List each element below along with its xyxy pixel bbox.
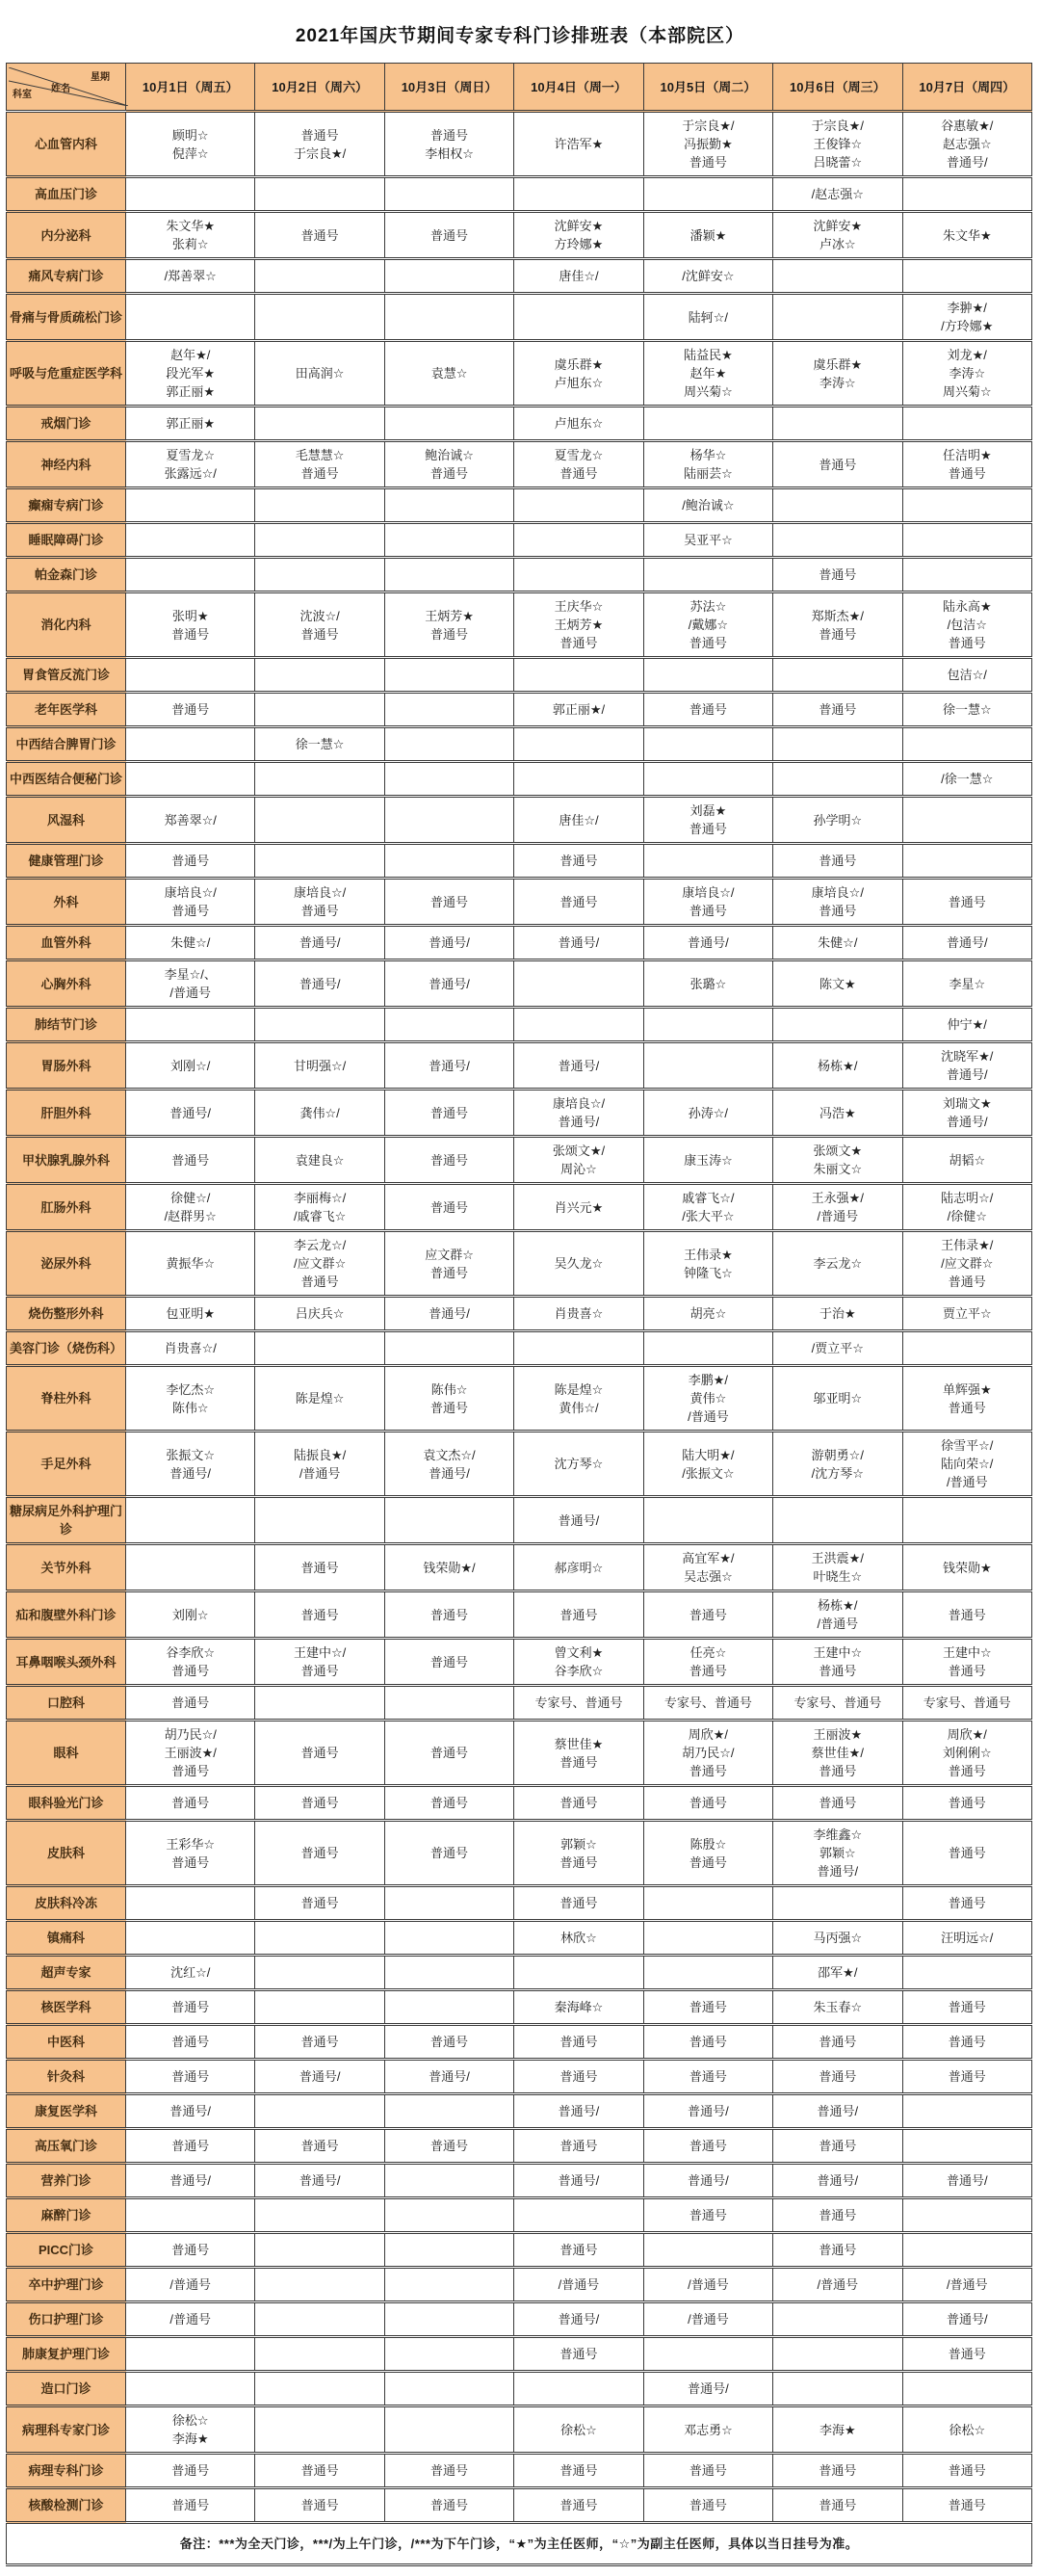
schedule-cell: 苏法☆/戴娜☆普通号 xyxy=(643,592,772,658)
dept-cell: 糖尿病足外科护理门诊 xyxy=(7,1497,126,1544)
schedule-cell: 普通号 xyxy=(384,1090,513,1137)
schedule-cell: 普通号 xyxy=(514,1886,643,1921)
schedule-entry: 张露远☆/ xyxy=(128,464,252,483)
schedule-cell xyxy=(514,1331,643,1366)
schedule-entry: 普通号 xyxy=(775,902,899,920)
schedule-entry: /贾立平☆ xyxy=(775,1339,899,1357)
schedule-entry: 普通号 xyxy=(387,2496,511,2514)
schedule-entry: 普通号 xyxy=(257,1273,381,1291)
schedule-entry: 普通号 xyxy=(646,820,770,838)
schedule-cell: 普通号 xyxy=(514,2488,643,2523)
schedule-cell xyxy=(255,407,384,441)
schedule-entry: 普通号 xyxy=(516,2067,640,2086)
schedule-entry: 郭颖☆ xyxy=(775,1844,899,1862)
schedule-cell xyxy=(126,2198,255,2233)
schedule-cell xyxy=(643,558,772,592)
schedule-cell: 徐一慧☆ xyxy=(902,693,1031,727)
schedule-cell xyxy=(643,1921,772,1956)
schedule-cell xyxy=(384,177,513,212)
dept-cell: 眼科验光门诊 xyxy=(7,1786,126,1821)
table-row: 神经内科夏雪龙☆张露远☆/毛慧慧☆普通号鲍治诚☆普通号夏雪龙☆普通号杨华☆陆丽芸… xyxy=(7,441,1032,488)
schedule-cell: 王伟录★//应文群☆普通号 xyxy=(902,1231,1031,1297)
schedule-entry: 普通号 xyxy=(905,1894,1029,1912)
dept-cell: 皮肤科冷冻 xyxy=(7,1886,126,1921)
dept-cell: 高血压门诊 xyxy=(7,177,126,212)
schedule-cell: 普通号/ xyxy=(643,2372,772,2406)
schedule-entry: 胡亮☆ xyxy=(646,1304,770,1323)
schedule-cell xyxy=(384,1886,513,1921)
schedule-entry: 普通号/ xyxy=(128,1104,252,1122)
schedule-cell xyxy=(902,844,1031,879)
schedule-cell: 龚伟☆/ xyxy=(255,1090,384,1137)
schedule-cell xyxy=(514,1008,643,1042)
schedule-cell: 仲宁★/ xyxy=(902,1008,1031,1042)
schedule-entry: 钟隆飞☆ xyxy=(646,1264,770,1282)
schedule-entry: 黄振华☆ xyxy=(128,1254,252,1273)
schedule-cell: 吴久龙☆ xyxy=(514,1231,643,1297)
table-row: 耳鼻咽喉头颈外科谷李欣☆普通号王建中☆/普通号普通号曾文利★谷李欣☆任亮☆普通号… xyxy=(7,1639,1032,1686)
schedule-entry: 普通号 xyxy=(905,1844,1029,1862)
schedule-cell: 普通号/ xyxy=(384,960,513,1008)
schedule-cell: /普通号 xyxy=(643,2268,772,2302)
schedule-entry: 夏雪龙☆ xyxy=(516,446,640,464)
table-row: 帕金森门诊普通号 xyxy=(7,558,1032,592)
schedule-cell: 普通号/ xyxy=(773,2094,902,2129)
schedule-cell: 李翀★//方玲娜★ xyxy=(902,294,1031,341)
schedule-cell: 周欣★/胡乃民☆/普通号 xyxy=(643,1721,772,1786)
schedule-cell: 普通号 xyxy=(643,2025,772,2060)
schedule-entry: 郑斯杰★/ xyxy=(775,607,899,625)
dept-cell: PICC门诊 xyxy=(7,2233,126,2268)
schedule-entry: 普通号 xyxy=(387,1606,511,1624)
schedule-cell: 陈殷☆普通号 xyxy=(643,1821,772,1886)
schedule-cell: 郑斯杰★/普通号 xyxy=(773,592,902,658)
table-row: 健康管理门诊普通号普通号普通号 xyxy=(7,844,1032,879)
schedule-cell: 普通号 xyxy=(255,2454,384,2488)
schedule-cell: 普通号/ xyxy=(126,1090,255,1137)
schedule-entry: 谷李欣☆ xyxy=(516,1662,640,1680)
schedule-cell xyxy=(255,1990,384,2025)
schedule-cell xyxy=(514,762,643,797)
schedule-cell xyxy=(773,1497,902,1544)
schedule-entry: 赵志强☆ xyxy=(905,135,1029,153)
schedule-cell xyxy=(126,762,255,797)
schedule-cell xyxy=(643,2233,772,2268)
schedule-cell: 普通号 xyxy=(643,2488,772,2523)
schedule-cell xyxy=(773,762,902,797)
schedule-entry: 普通号 xyxy=(257,1662,381,1680)
schedule-cell: 陆益民★赵年★周兴菊☆ xyxy=(643,341,772,407)
schedule-cell: 普通号 xyxy=(902,1821,1031,1886)
schedule-entry: 普通号/ xyxy=(257,2171,381,2190)
dept-cell: 造口门诊 xyxy=(7,2372,126,2406)
schedule-entry: 唐佳☆/ xyxy=(516,267,640,285)
schedule-entry: 普通号 xyxy=(905,464,1029,483)
schedule-cell: 普通号 xyxy=(255,1786,384,1821)
schedule-cell: 徐雪平☆/陆向荣☆//普通号 xyxy=(902,1432,1031,1497)
schedule-cell: /普通号 xyxy=(126,2268,255,2302)
schedule-entry: 徐雪平☆/ xyxy=(905,1436,1029,1455)
schedule-cell xyxy=(384,2302,513,2337)
dept-cell: 眼科 xyxy=(7,1721,126,1786)
schedule-cell xyxy=(773,658,902,693)
schedule-entry: 陆向荣☆/ xyxy=(905,1455,1029,1473)
schedule-entry: 李云龙☆/ xyxy=(257,1236,381,1254)
schedule-cell xyxy=(255,1956,384,1990)
table-row: PICC门诊普通号普通号普通号 xyxy=(7,2233,1032,2268)
dept-cell: 戒烟门诊 xyxy=(7,407,126,441)
schedule-cell: 肖贵喜☆ xyxy=(514,1297,643,1331)
schedule-cell: 普通号 xyxy=(773,441,902,488)
dept-cell: 癫痫专病门诊 xyxy=(7,488,126,523)
schedule-cell: 王伟录★钟隆飞☆ xyxy=(643,1231,772,1297)
table-row: 戒烟门诊郭正丽★卢旭东☆ xyxy=(7,407,1032,441)
schedule-cell: /普通号 xyxy=(126,2302,255,2337)
dept-cell: 外科 xyxy=(7,879,126,926)
schedule-entry: 普通号 xyxy=(128,2067,252,2086)
schedule-entry: 普通号 xyxy=(646,1662,770,1680)
schedule-cell xyxy=(384,488,513,523)
dept-cell: 耳鼻咽喉头颈外科 xyxy=(7,1639,126,1686)
schedule-entry: 陆永高★ xyxy=(905,597,1029,616)
schedule-cell: 普通号 xyxy=(773,693,902,727)
schedule-entry: /普通号 xyxy=(128,984,252,1002)
schedule-entry: 杨栋★/ xyxy=(775,1596,899,1615)
schedule-entry: 张颂文★ xyxy=(775,1142,899,1160)
schedule-entry: 普通号 xyxy=(516,464,640,483)
schedule-cell xyxy=(643,1042,772,1090)
schedule-cell xyxy=(384,2094,513,2129)
schedule-cell: 王建中☆普通号 xyxy=(773,1639,902,1686)
schedule-cell xyxy=(902,407,1031,441)
schedule-cell: /普通号 xyxy=(773,2268,902,2302)
schedule-entry: 普通号 xyxy=(646,1794,770,1812)
schedule-entry: 专家号、普通号 xyxy=(646,1694,770,1712)
schedule-entry: 普通号 xyxy=(775,2461,899,2480)
schedule-entry: 普通号 xyxy=(646,2206,770,2224)
schedule-cell: 普通号 xyxy=(514,1786,643,1821)
schedule-entry: 普通号 xyxy=(257,2461,381,2480)
table-row: 中医科普通号普通号普通号普通号普通号普通号普通号 xyxy=(7,2025,1032,2060)
schedule-cell: 张明★普通号 xyxy=(126,592,255,658)
schedule-entry: 普通号/ xyxy=(387,933,511,952)
schedule-entry: 李忆杰☆ xyxy=(128,1380,252,1399)
schedule-entry: 虞乐群★ xyxy=(516,355,640,374)
schedule-entry: 邓志勇☆ xyxy=(646,2421,770,2439)
schedule-entry: 普通号 xyxy=(257,2033,381,2051)
schedule-entry: 沈红☆/ xyxy=(128,1963,252,1982)
page-title: 2021年国庆节期间专家专科门诊排班表（本部院区） xyxy=(6,8,1034,63)
schedule-entry: 陈伟☆ xyxy=(387,1380,511,1399)
schedule-cell: 普通号 xyxy=(902,1990,1031,2025)
schedule-cell: 普通号 xyxy=(514,2129,643,2164)
schedule-cell: 普通号/ xyxy=(902,2164,1031,2198)
schedule-entry: 方玲娜★ xyxy=(516,235,640,253)
schedule-entry: 甘明强☆/ xyxy=(257,1057,381,1075)
schedule-cell: 普通号 xyxy=(902,2454,1031,2488)
schedule-entry: 张莉☆ xyxy=(128,235,252,253)
schedule-entry: 杨华☆ xyxy=(646,446,770,464)
schedule-entry: 肖贵喜☆ xyxy=(516,1304,640,1323)
schedule-cell: 普通号 xyxy=(126,2488,255,2523)
schedule-cell: 康培良☆/普通号/ xyxy=(514,1090,643,1137)
schedule-entry: 普通号 xyxy=(775,565,899,584)
table-row: 皮肤科冷冻普通号普通号普通号 xyxy=(7,1886,1032,1921)
schedule-entry: 陈伟☆ xyxy=(128,1399,252,1417)
schedule-cell xyxy=(384,1497,513,1544)
schedule-entry: 普通号 xyxy=(387,226,511,245)
schedule-cell: 普通号 xyxy=(255,212,384,259)
schedule-cell: 普通号 xyxy=(514,2233,643,2268)
schedule-cell: 李忆杰☆陈伟☆ xyxy=(126,1366,255,1432)
schedule-cell xyxy=(514,488,643,523)
schedule-entry: 吴志强☆ xyxy=(646,1567,770,1586)
dept-cell: 皮肤科 xyxy=(7,1821,126,1886)
footer-row: 备注：***为全天门诊，***/为上午门诊，/***为下午门诊，“★”为主任医师… xyxy=(7,2523,1032,2565)
schedule-entry: 苏法☆ xyxy=(646,597,770,616)
table-row: 病理科专家门诊徐松☆李海★徐松☆邓志勇☆李海★徐松☆ xyxy=(7,2406,1032,2454)
schedule-cell: 郑善翠☆/ xyxy=(126,797,255,844)
schedule-entry: 邵军★/ xyxy=(775,1963,899,1982)
table-row: 核医学科普通号秦海峰☆普通号朱玉春☆普通号 xyxy=(7,1990,1032,2025)
schedule-entry: 普通号/ xyxy=(905,153,1029,171)
schedule-cell xyxy=(902,523,1031,558)
schedule-cell xyxy=(255,693,384,727)
schedule-cell xyxy=(643,1008,772,1042)
schedule-entry: 胡乃民☆/ xyxy=(646,1744,770,1762)
schedule-cell xyxy=(902,2094,1031,2129)
schedule-entry: 普通号 xyxy=(387,1264,511,1282)
schedule-table: 星期 姓名 科室 10月1日（周五）10月2日（周六）10月3日（周日）10月4… xyxy=(6,63,1032,2566)
schedule-cell: 普通号 xyxy=(643,2060,772,2094)
schedule-cell: 普通号 xyxy=(902,2337,1031,2372)
schedule-cell: 刘磊★普通号 xyxy=(643,797,772,844)
schedule-cell xyxy=(126,1008,255,1042)
schedule-entry: /普通号 xyxy=(646,1407,770,1426)
date-header-1: 10月1日（周五） xyxy=(126,64,255,112)
schedule-entry: 普通号/ xyxy=(516,1511,640,1530)
schedule-cell: 陆志明☆//徐健☆ xyxy=(902,1184,1031,1231)
schedule-entry: 于宗良★/ xyxy=(646,117,770,135)
dept-cell: 脊柱外科 xyxy=(7,1366,126,1432)
schedule-entry: 普通号/ xyxy=(516,933,640,952)
schedule-cell: 陆大明★//张振文☆ xyxy=(643,1432,772,1497)
schedule-entry: 普通号 xyxy=(128,1662,252,1680)
schedule-entry: 普通号 xyxy=(646,1606,770,1624)
schedule-entry: 普通号 xyxy=(257,2137,381,2155)
schedule-cell xyxy=(384,2164,513,2198)
table-row: 血管外科朱健☆/普通号/普通号/普通号/普通号/朱健☆/普通号/ xyxy=(7,926,1032,960)
schedule-cell xyxy=(255,2233,384,2268)
schedule-entry: 戚睿飞☆/ xyxy=(646,1189,770,1207)
table-row: 心胸外科李星☆/、/普通号普通号/普通号/张璐☆陈文★李星☆ xyxy=(7,960,1032,1008)
schedule-cell: 普通号 xyxy=(773,2025,902,2060)
schedule-cell xyxy=(643,727,772,762)
schedule-entry: 普通号 xyxy=(387,2033,511,2051)
schedule-entry: 普通号 xyxy=(905,2461,1029,2480)
schedule-entry: 王伟录★/ xyxy=(905,1236,1029,1254)
dept-cell: 针灸科 xyxy=(7,2060,126,2094)
schedule-entry: 毛慧慧☆ xyxy=(257,446,381,464)
schedule-cell: /沈鲜安☆ xyxy=(643,259,772,294)
schedule-entry: 普通号 xyxy=(257,226,381,245)
schedule-cell: 虞乐群★卢旭东☆ xyxy=(514,341,643,407)
schedule-entry: 普通号 xyxy=(516,2033,640,2051)
schedule-entry: 赵年★/ xyxy=(128,346,252,364)
schedule-entry: 普通号 xyxy=(646,2496,770,2514)
corner-dept-label: 科室 xyxy=(13,86,32,104)
schedule-entry: 陆益民★ xyxy=(646,346,770,364)
schedule-entry: 普通号 xyxy=(646,2033,770,2051)
schedule-cell: 普通号 xyxy=(773,1786,902,1821)
schedule-cell: 普通号/ xyxy=(255,2164,384,2198)
schedule-entry: 普通号 xyxy=(257,1794,381,1812)
schedule-entry: 郑善翠☆/ xyxy=(128,811,252,829)
schedule-cell: 普通号 xyxy=(514,1591,643,1639)
schedule-entry: 普通号/ xyxy=(905,2171,1029,2190)
schedule-entry: 徐松☆ xyxy=(905,2421,1029,2439)
schedule-cell: 唐佳☆/ xyxy=(514,259,643,294)
schedule-entry: 普通号 xyxy=(128,625,252,644)
schedule-cell xyxy=(514,1956,643,1990)
schedule-cell: 普通号 xyxy=(514,844,643,879)
schedule-entry: 普通号 xyxy=(905,1762,1029,1780)
schedule-cell: 陈伟☆普通号 xyxy=(384,1366,513,1432)
schedule-entry: 普通号/ xyxy=(775,1862,899,1880)
schedule-entry: 包亚明★ xyxy=(128,1304,252,1323)
schedule-entry: 卢旭东☆ xyxy=(516,374,640,392)
schedule-entry: 普通号 xyxy=(128,2461,252,2480)
schedule-cell: 邵军★/ xyxy=(773,1956,902,1990)
schedule-cell xyxy=(255,844,384,879)
table-row: 疝和腹壁外科门诊刘刚☆普通号普通号普通号普通号杨栋★//普通号普通号 xyxy=(7,1591,1032,1639)
schedule-cell: 肖贵喜☆/ xyxy=(126,1331,255,1366)
schedule-entry: 普通号 xyxy=(387,1744,511,1762)
schedule-cell: 普通号 xyxy=(255,1886,384,1921)
schedule-cell: 包亚明★ xyxy=(126,1297,255,1331)
schedule-entry: 陆丽芸☆ xyxy=(646,464,770,483)
schedule-cell: 普通号 xyxy=(255,2025,384,2060)
schedule-cell: 普通号 xyxy=(643,2129,772,2164)
schedule-entry: /赵群男☆ xyxy=(128,1207,252,1225)
schedule-cell: 普通号 xyxy=(126,2060,255,2094)
schedule-entry: 周兴菊☆ xyxy=(905,382,1029,401)
schedule-cell xyxy=(384,2198,513,2233)
schedule-cell: 马丙强☆ xyxy=(773,1921,902,1956)
schedule-cell: 普通号 xyxy=(514,2337,643,2372)
schedule-cell xyxy=(384,727,513,762)
schedule-cell: 普通号 xyxy=(384,879,513,926)
schedule-entry: 普通号 xyxy=(128,1694,252,1712)
schedule-cell: 郭正丽★ xyxy=(126,407,255,441)
schedule-cell: 普通号/ xyxy=(902,2302,1031,2337)
schedule-cell: 普通号 xyxy=(384,1184,513,1231)
schedule-cell xyxy=(773,1886,902,1921)
schedule-entry: 王俊锋☆ xyxy=(775,135,899,153)
schedule-cell: 胡乃民☆/王丽波★/普通号 xyxy=(126,1721,255,1786)
schedule-entry: 胡韬☆ xyxy=(905,1151,1029,1170)
schedule-entry: 普通号 xyxy=(387,464,511,483)
schedule-cell: 李星☆/、/普通号 xyxy=(126,960,255,1008)
schedule-entry: /普通号 xyxy=(128,2275,252,2294)
schedule-cell xyxy=(384,1990,513,2025)
header-row: 星期 姓名 科室 10月1日（周五）10月2日（周六）10月3日（周日）10月4… xyxy=(7,64,1032,112)
schedule-cell: 袁慧☆ xyxy=(384,341,513,407)
schedule-entry: 卢冰☆ xyxy=(775,235,899,253)
schedule-entry: /应文群☆ xyxy=(905,1254,1029,1273)
schedule-cell xyxy=(643,658,772,693)
dept-cell: 痛风专病门诊 xyxy=(7,259,126,294)
schedule-entry: 普通号/ xyxy=(775,2171,899,2190)
schedule-entry: 普通号 xyxy=(775,700,899,719)
schedule-entry: 唐佳☆/ xyxy=(516,811,640,829)
schedule-cell: 沈方琴☆ xyxy=(514,1432,643,1497)
schedule-cell: 沈波☆/普通号 xyxy=(255,592,384,658)
schedule-cell: 戚睿飞☆//张大平☆ xyxy=(643,1184,772,1231)
schedule-cell xyxy=(255,259,384,294)
table-row: 卒中护理门诊/普通号/普通号/普通号/普通号/普通号 xyxy=(7,2268,1032,2302)
schedule-cell xyxy=(255,2268,384,2302)
schedule-cell: 沈晓军★/普通号/ xyxy=(902,1042,1031,1090)
schedule-cell: 刘瑞文★普通号/ xyxy=(902,1090,1031,1137)
schedule-entry: 普通号 xyxy=(128,1151,252,1170)
schedule-entry: 徐一慧☆ xyxy=(257,735,381,753)
schedule-cell xyxy=(255,1921,384,1956)
schedule-cell: 王洪震★/叶晓生☆ xyxy=(773,1544,902,1591)
schedule-entry: 陈殷☆ xyxy=(646,1835,770,1853)
schedule-cell: 杨栋★//普通号 xyxy=(773,1591,902,1639)
schedule-entry: 许浩军★ xyxy=(516,135,640,153)
schedule-cell: 普通号 xyxy=(126,1990,255,2025)
schedule-entry: 普通号 xyxy=(257,126,381,145)
schedule-entry: 王炳芳★ xyxy=(516,616,640,634)
schedule-cell: 康培良☆/普通号 xyxy=(255,879,384,926)
schedule-entry: 普通号 xyxy=(257,1606,381,1624)
schedule-entry: 周沁☆ xyxy=(516,1160,640,1178)
schedule-cell: 陈文★ xyxy=(773,960,902,1008)
schedule-cell xyxy=(126,294,255,341)
schedule-cell: 普通号 xyxy=(126,1686,255,1721)
schedule-cell: 普通号 xyxy=(255,2129,384,2164)
schedule-entry: 王建中☆/ xyxy=(257,1643,381,1662)
schedule-entry: 王丽波★ xyxy=(775,1725,899,1744)
schedule-entry: 普通号 xyxy=(905,2345,1029,2363)
table-row: 造口门诊普通号/ xyxy=(7,2372,1032,2406)
schedule-entry: 刘刚☆/ xyxy=(128,1057,252,1075)
schedule-cell: 普通号 xyxy=(514,2454,643,2488)
schedule-cell xyxy=(126,727,255,762)
schedule-entry: 陆志明☆/ xyxy=(905,1189,1029,1207)
dept-cell: 高压氧门诊 xyxy=(7,2129,126,2164)
schedule-cell: 甘明强☆/ xyxy=(255,1042,384,1090)
schedule-cell: 李海★ xyxy=(773,2406,902,2454)
schedule-cell: 李鹏★/黄伟☆/普通号 xyxy=(643,1366,772,1432)
schedule-entry: 普通号 xyxy=(516,1894,640,1912)
schedule-cell xyxy=(902,1497,1031,1544)
table-row: 骨痛与骨质疏松门诊陆轲☆/李翀★//方玲娜★ xyxy=(7,294,1032,341)
schedule-cell: 普通号 xyxy=(902,2060,1031,2094)
schedule-cell xyxy=(126,1921,255,1956)
schedule-entry: 沈方琴☆ xyxy=(516,1455,640,1473)
schedule-entry: 徐松☆ xyxy=(516,2421,640,2439)
schedule-entry: 邬亚明☆ xyxy=(775,1389,899,1407)
schedule-cell: 普通号/ xyxy=(514,2164,643,2198)
schedule-cell xyxy=(773,407,902,441)
schedule-entry: 李星☆/、 xyxy=(128,965,252,984)
schedule-cell: 普通号 xyxy=(643,2198,772,2233)
schedule-entry: 普通号 xyxy=(905,1662,1029,1680)
schedule-entry: 普通号 xyxy=(257,464,381,483)
